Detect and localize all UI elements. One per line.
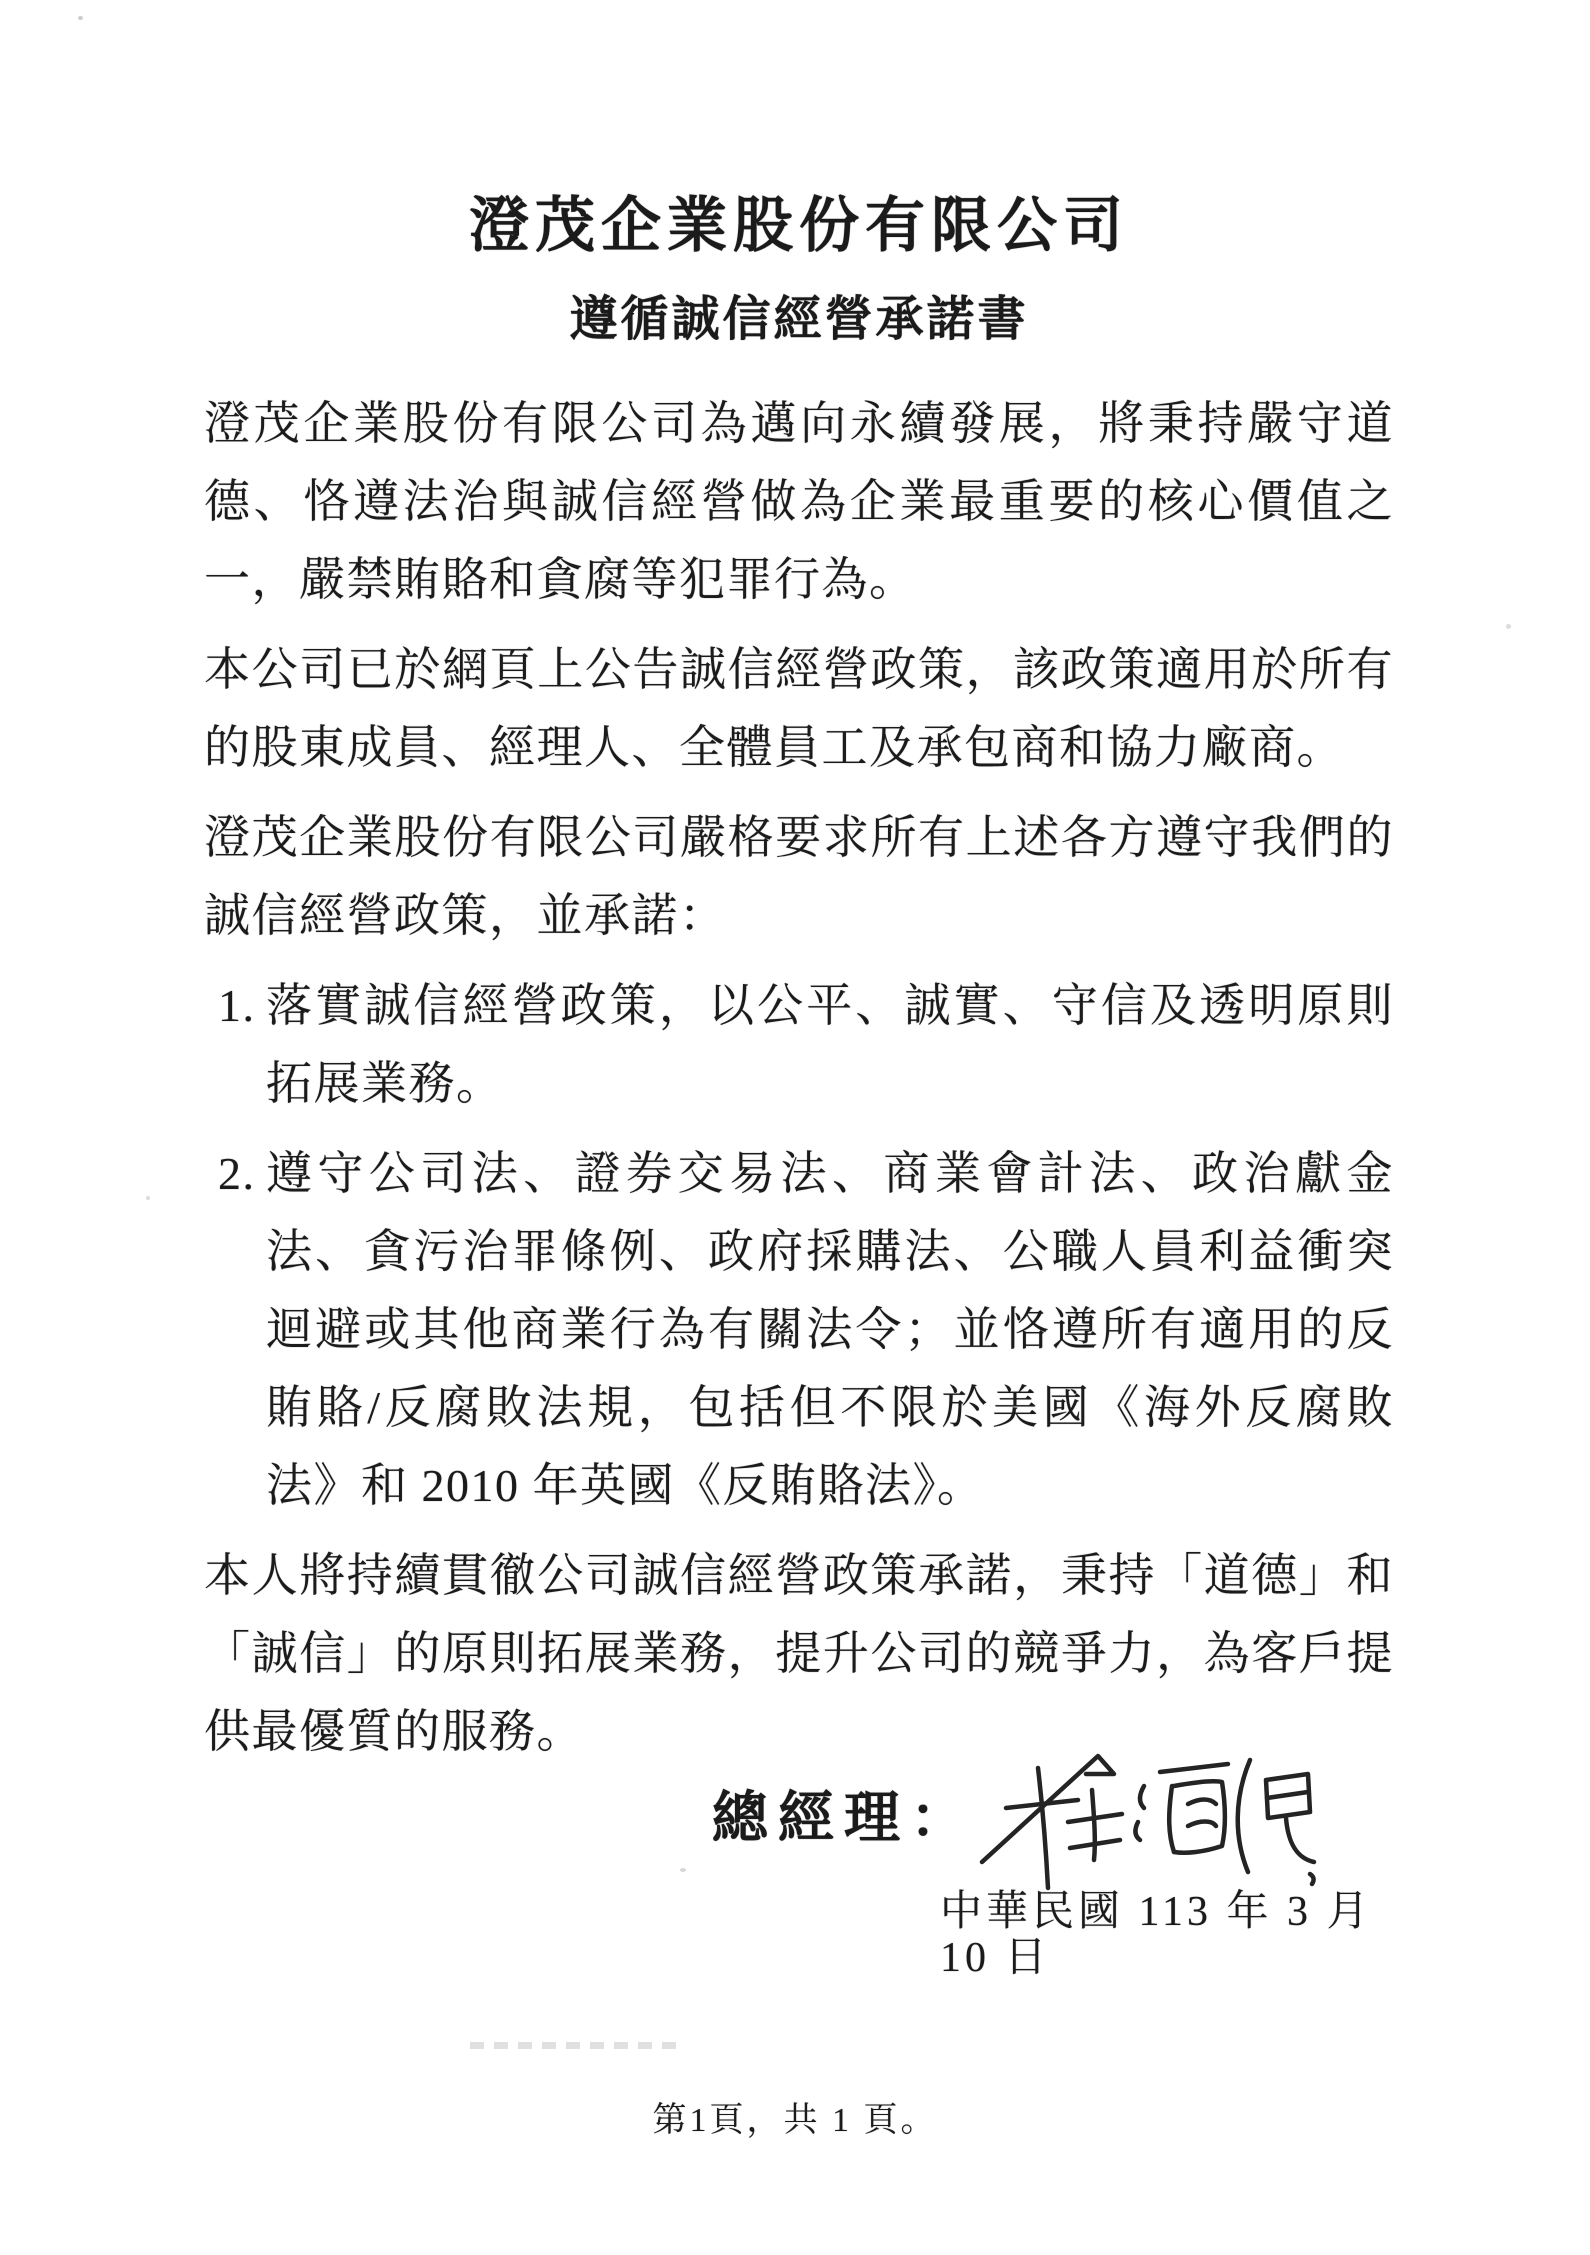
date-line: 中華民國 113 年 3 月 10 日	[204, 1889, 1394, 1981]
document-content: 澄茂企業股份有限公司 遵循誠信經營承諾書 澄茂企業股份有限公司為邁向永續發展，將…	[204, 193, 1394, 1981]
paragraph-3: 澄茂企業股份有限公司嚴格要求所有上述各方遵守我們的誠信經營政策，並承諾：	[204, 799, 1394, 955]
list-item-1-number: 1.	[218, 967, 256, 1045]
signature-row: 總經理：	[204, 1783, 1394, 1855]
document-subtitle: 遵循誠信經營承諾書	[204, 293, 1394, 347]
scan-artifact-speck	[146, 1196, 150, 1200]
page-footer: 第1頁，共 1 頁。	[0, 2092, 1590, 2141]
document-title: 澄茂企業股份有限公司	[204, 193, 1394, 259]
paragraph-1: 澄茂企業股份有限公司為邁向永續發展，將秉持嚴守道德、恪遵法治與誠信經營做為企業最…	[204, 385, 1394, 619]
scanned-document-page: 澄茂企業股份有限公司 遵循誠信經營承諾書 澄茂企業股份有限公司為邁向永續發展，將…	[0, 0, 1590, 2255]
paragraph-2: 本公司已於網頁上公告誠信經營政策，該政策適用於所有的股東成員、經理人、全體員工及…	[204, 631, 1394, 787]
signature-label: 總經理：	[712, 1788, 976, 1850]
list-item-2-number: 2.	[218, 1135, 256, 1213]
scan-artifact-speck	[78, 16, 83, 20]
list-item-1-text: 落實誠信經營政策，以公平、誠實、守信及透明原則拓展業務。	[266, 980, 1394, 1109]
scan-artifact-speck	[1506, 624, 1511, 629]
signature-handwriting	[974, 1728, 1324, 1898]
list-item-1: 1. 落實誠信經營政策，以公平、誠實、守信及透明原則拓展業務。	[204, 967, 1394, 1123]
list-item-2-text: 遵守公司法、證券交易法、商業會計法、政治獻金法、貪污治罪條例、政府採購法、公職人…	[266, 1148, 1394, 1511]
scan-artifact-smudge	[470, 2042, 685, 2049]
scan-artifact-speck	[680, 1868, 686, 1872]
list-item-2: 2. 遵守公司法、證券交易法、商業會計法、政治獻金法、貪污治罪條例、政府採購法、…	[204, 1135, 1394, 1525]
